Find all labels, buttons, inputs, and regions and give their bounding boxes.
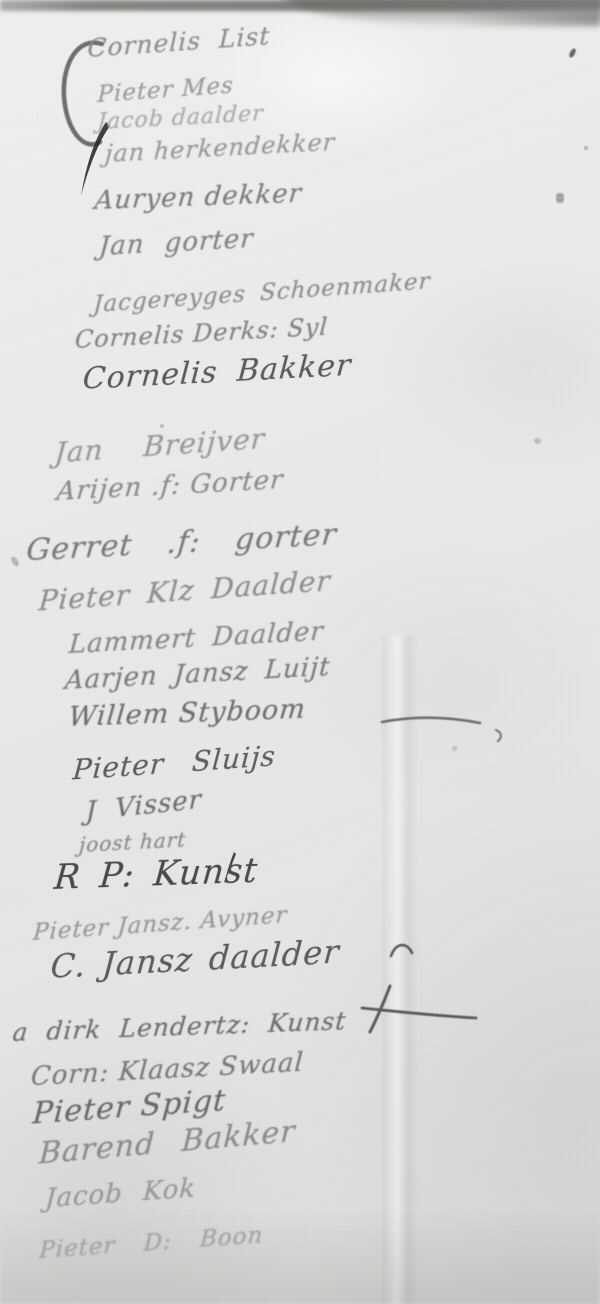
manuscript-line: J Visser	[85, 785, 202, 827]
ink-speck	[556, 193, 564, 203]
ink-flourish-dash-kunst	[358, 984, 484, 1036]
paper-crease	[382, 636, 418, 1304]
manuscript-line: a dirk Lendertz: Kunst	[11, 1006, 347, 1047]
ink-speck	[160, 424, 164, 428]
manuscript-line: Arijen .f: Gorter	[55, 465, 284, 507]
ink-speck	[584, 146, 588, 150]
ink-speck	[452, 746, 457, 751]
manuscript-line: Willem Styboom	[67, 694, 307, 733]
manuscript-line: Jacgereyges Schoenmaker	[93, 268, 432, 318]
manuscript-line: joost hart	[78, 827, 187, 857]
ink-speck	[534, 438, 541, 444]
ink-speck	[568, 47, 577, 58]
manuscript-line: Jan Breijver	[54, 421, 267, 469]
manuscript-line: jan herkendekker	[104, 128, 336, 168]
manuscript-line: R P: Kunst	[52, 851, 259, 898]
manuscript-line: Gerret .f: gorter	[25, 517, 338, 568]
manuscript-line: Jan gorter	[98, 224, 255, 262]
manuscript-line: Pieter Sluijs	[72, 739, 277, 786]
manuscript-line: Pieter Mes	[97, 72, 234, 108]
manuscript-line: Cornelis Derks: Syl	[74, 313, 329, 354]
manuscript-line: Cornelis List	[87, 21, 271, 63]
manuscript-page: Cornelis List Pieter Mes Jacob daalder j…	[0, 0, 600, 1304]
page-edge-streak	[450, 12, 600, 26]
manuscript-line: Corn: Klaasz Swaal	[30, 1048, 305, 1092]
manuscript-line: Pieter Klz Daalder	[38, 564, 332, 618]
ink-speck	[10, 555, 21, 568]
manuscript-line: Cornelis Bakker	[82, 348, 353, 397]
manuscript-line: Aarjen Jansz Luijt	[64, 652, 332, 696]
manuscript-line: Auryen dekker	[93, 179, 303, 216]
